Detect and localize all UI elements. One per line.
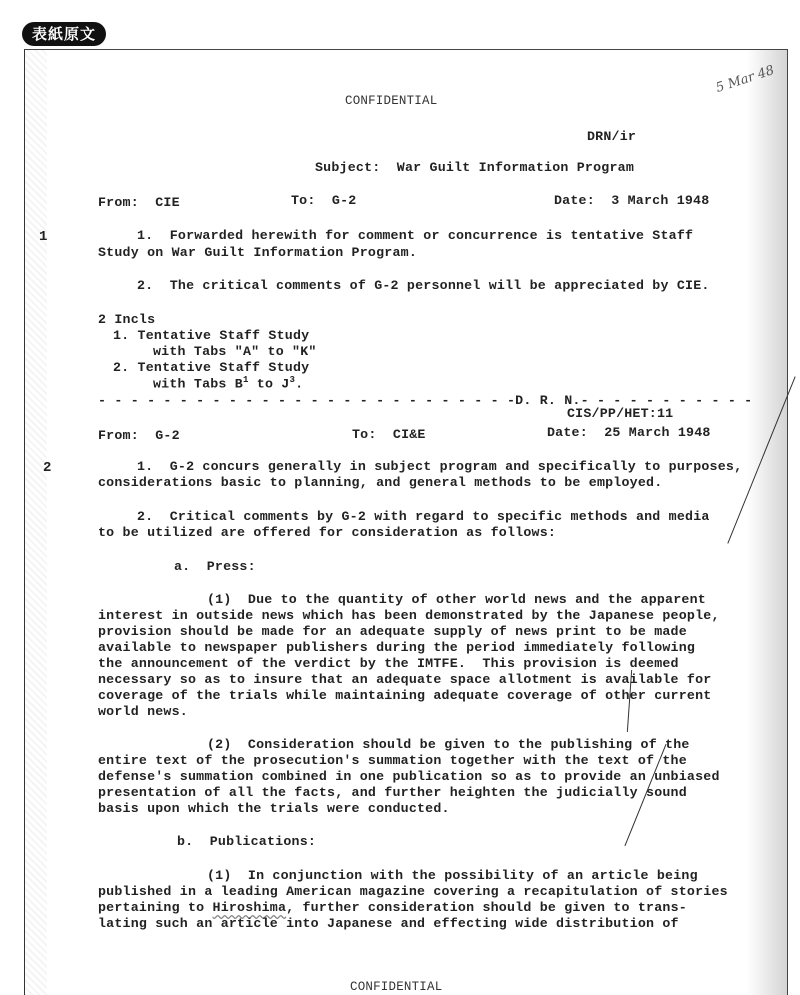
- header-classification: CONFIDENTIAL: [345, 94, 437, 108]
- memo2-para1-line2: considerations basic to planning, and ge…: [98, 475, 662, 490]
- memo2-date: Date: 25 March 1948: [547, 425, 711, 440]
- press-item2-line5: basis upon which the trials were conduct…: [98, 801, 450, 816]
- memo1-to: To: G-2: [291, 193, 356, 208]
- memo2-para2-line1: 2. Critical comments by G-2 with regard …: [137, 509, 710, 524]
- publications-item1-line1: (1) In conjunction with the possibility …: [207, 868, 698, 883]
- scan-edge-right-shadow: [747, 50, 787, 995]
- reference-code: DRN/ir: [587, 129, 636, 144]
- inclosure-1-line1: 1. Tentative Staff Study: [113, 328, 309, 343]
- publications-item1-line4: lating such an article into Japanese and…: [98, 916, 679, 931]
- memo1-margin-number: 1: [39, 229, 47, 245]
- subject-line: Subject: War Guilt Information Program: [315, 160, 634, 175]
- memo2-para1-line1: 1. G-2 concurs generally in subject prog…: [137, 459, 742, 474]
- press-item1-line2: interest in outside news which has been …: [98, 608, 720, 623]
- press-item2-line2: entire text of the prosecution's summati…: [98, 753, 687, 768]
- memo1-para1-line1: 1. Forwarded herewith for comment or con…: [137, 228, 693, 243]
- memo2-from: From: G-2: [98, 428, 180, 443]
- memo1-para2: 2. The critical comments of G-2 personne…: [137, 278, 710, 293]
- press-item1-line1: (1) Due to the quantity of other world n…: [207, 592, 706, 607]
- scan-edge-left: [25, 50, 47, 995]
- inclosures-heading: 2 Incls: [98, 312, 155, 327]
- publications-item1-line3: pertaining to Hiroshima, further conside…: [98, 900, 687, 915]
- memo2-margin-number: 2: [43, 460, 51, 476]
- memo1-para1-line2: Study on War Guilt Information Program.: [98, 245, 417, 260]
- section-a-press-heading: a. Press:: [174, 559, 256, 574]
- section-b-publications-heading: b. Publications:: [177, 834, 316, 849]
- footer-classification: CONFIDENTIAL: [350, 980, 442, 994]
- scanned-document-page: CONFIDENTIAL 5 Mar 48 DRN/ir Subject: Wa…: [24, 49, 788, 995]
- memo2-to: To: CI&E: [352, 427, 426, 442]
- publications-item1-line2: published in a leading American magazine…: [98, 884, 728, 899]
- press-item2-line1: (2) Consideration should be given to the…: [207, 737, 690, 752]
- underlined-hiroshima: Hiroshima: [213, 900, 287, 915]
- press-item1-line4: available to newspaper publishers during…: [98, 640, 695, 655]
- press-item2-line3: defense's summation combined in one publ…: [98, 769, 720, 784]
- memo1-date: Date: 3 March 1948: [554, 193, 709, 208]
- memo2-para2-line2: to be utilized are offered for considera…: [98, 525, 556, 540]
- inclosure-2-line2: with Tabs B1 to J3.: [153, 375, 303, 391]
- press-item2-line4: presentation of all the facts, and furth…: [98, 785, 687, 800]
- press-item1-line7: coverage of the trials while maintaining…: [98, 688, 711, 703]
- memo2-reference: CIS/PP/HET:11: [567, 406, 673, 421]
- memo1-from: From: CIE: [98, 195, 180, 210]
- inclosure-2-line1: 2. Tentative Staff Study: [113, 360, 309, 375]
- press-item1-line8: world news.: [98, 704, 188, 719]
- section-label-badge: 表紙原文: [22, 22, 106, 46]
- press-item1-line6: necessary so as to insure that an adequa…: [98, 672, 711, 687]
- inclosure-1-line2: with Tabs "A" to "K": [153, 344, 317, 359]
- press-item1-line3: provision should be made for an adequate…: [98, 624, 687, 639]
- press-item1-line5: the announcement of the verdict by the I…: [98, 656, 679, 671]
